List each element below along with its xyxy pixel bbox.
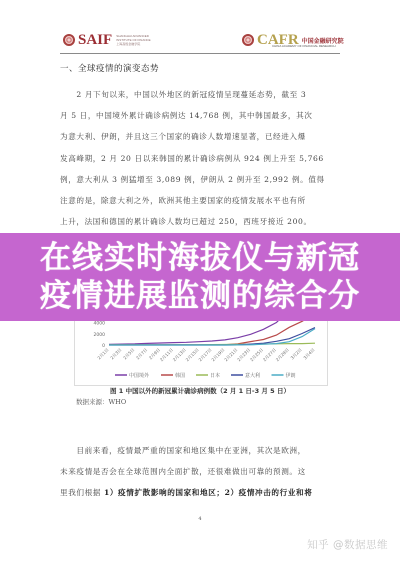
header-divider: [60, 53, 340, 54]
paragraph-2: 目前来看，疫情最严重的国家和地区集中在亚洲，其次是欧洲， 未来疫情是否会在全球范…: [60, 440, 342, 504]
paragraph-line: 里我们根据 1）疫情扩散影响的国家和地区；2）疫情冲击的行业和将: [60, 482, 342, 503]
saif-logo: SAIF SHANGHAI ADVANCED INSTITUTE OF FINA…: [63, 31, 151, 49]
paragraph-line: 例，意大利从 3 例猛增至 3,089 例，伊朗从 2 例升至 2,992 例。…: [60, 169, 342, 190]
paragraph-line: 发高峰期，2 月 20 日以来韩国的累计确诊病例从 924 例上升至 5,766: [60, 148, 342, 169]
paragraph-line: 目前来看，疫情最严重的国家和地区集中在亚洲，其次是欧洲，: [60, 440, 342, 461]
x-tick-label: 2月3日: [109, 346, 124, 361]
legend-label: 中国境外: [129, 372, 150, 379]
cafr-logo-en: CHINA ACADEMY OF FINANCIAL RESEARCH: [272, 44, 336, 48]
y-tick-label: 4000: [94, 321, 106, 327]
paragraph-line: 上升，法国和德国的累计确诊人数均已超过 250，西班牙接近 200。: [60, 211, 342, 232]
paragraph-line: 为意大利、伊朗，并且这三个国家的确诊人数增速显著，已经进入爆: [60, 126, 342, 147]
document-page: SAIF SHANGHAI ADVANCED INSTITUTE OF FINA…: [0, 0, 400, 565]
paragraph-line: 未来疫情是否会在全球范围内全面扩散，还很难做出可靠的预测。这: [60, 461, 342, 482]
banner-title-line-2: 疫情进展监测的综合分: [40, 277, 360, 315]
figure-caption: 图 1 中国以外的新冠累计确诊病例数（2 月 1 日-3 月 5 日）: [0, 386, 400, 395]
x-tick-label: 3月4日: [302, 346, 317, 361]
x-tick-label: 2月5日: [122, 346, 137, 361]
page-number: 4: [0, 516, 400, 522]
x-tick-label: 2月29日: [274, 346, 291, 363]
paragraph-line: 注意的是，除意大利之外，欧洲其他主要国家的疫情发展水平也有所: [60, 190, 342, 211]
paragraph-1: 2 月下旬以来，中国以外地区的新冠疫情呈现蔓延态势，截至 3 月 5 日，中国境…: [60, 84, 342, 254]
bold-text: 1）疫情扩散影响的国家和地区；2）疫情冲击的行业和将: [104, 488, 312, 497]
legend-label: 日本: [210, 372, 220, 379]
title-banner: 在线实时海拔仪与新冠 疫情进展监测的综合分: [0, 233, 400, 321]
cafr-seal-icon: [242, 34, 254, 46]
saif-logo-text: SAIF: [78, 32, 112, 49]
figure-source: 数据来源：WHO: [76, 397, 126, 406]
y-tick-label: 2000: [94, 332, 106, 338]
legend-label: 伊朗: [286, 372, 296, 379]
banner-title-line-1: 在线实时海拔仪与新冠: [40, 239, 360, 277]
x-tick-label: 3月2日: [289, 346, 304, 361]
paragraph-line: 月 5 日，中国境外累计确诊病例达 14,768 例，其中韩国最多，其次: [60, 105, 342, 126]
legend-label: 意大利: [245, 372, 260, 379]
zhihu-watermark: 知乎 @数据思维: [307, 537, 388, 552]
paragraph-line: 2 月下旬以来，中国以外地区的新冠疫情呈现蔓延态势，截至 3: [60, 84, 342, 105]
saif-logo-subtitle: SHANGHAI ADVANCED INSTITUTE OF FINANCE 上…: [116, 34, 151, 46]
legend-label: 韩国: [175, 372, 185, 379]
x-tick-label: 2月7日: [134, 346, 149, 361]
section-title: 一、全球疫情的演变态势: [60, 62, 159, 74]
saif-seal-icon: [63, 34, 75, 46]
